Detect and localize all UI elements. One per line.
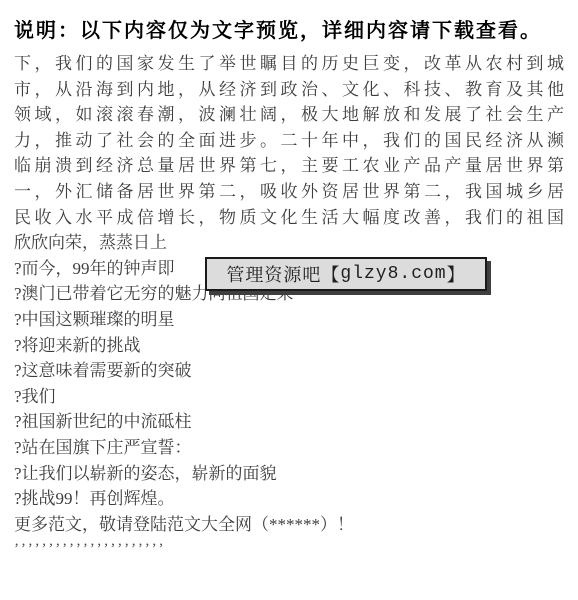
watermark-bracket-open: 【 [321,261,340,287]
text-line: 临崩溃到经济总量居世界第七，主要工农业产品产量居世界第 [14,153,564,179]
watermark-bracket-close: 】 [447,261,466,287]
text-line: 下，我们的国家发生了举世瞩目的历史巨变，改革从农村到城 [14,51,564,77]
text-line: ?中国这颗璀璨的明星 [14,307,564,333]
watermark-badge: 管理资源吧【glzy8.com】 [205,257,487,291]
preview-notice: 说明：以下内容仅为文字预览，详细内容请下载查看。 [14,14,564,43]
text-line: 一，外汇储备居世界第二，吸收外资居世界第二，我国城乡居 [14,179,564,205]
text-line: ’’’’’’’’’’’’’’’’’’’’’’ [14,537,564,563]
watermark-site-name: 管理资源吧 [226,261,321,287]
text-line: 市，从沿海到内地，从经济到政治、文化、科技、教育及其他 [14,77,564,103]
body-text: 下，我们的国家发生了举世瞩目的历史巨变，改革从农村到城市，从沿海到内地，从经济到… [14,51,564,563]
text-line: 民收入水平成倍增长，物质文化生活大幅度改善，我们的祖国 [14,205,564,231]
document-preview-page: 说明：以下内容仅为文字预览，详细内容请下载查看。 下，我们的国家发生了举世瞩目的… [0,0,578,600]
text-line: 欣欣向荣，蒸蒸日上 [14,230,564,256]
watermark-domain: glzy8.com [340,264,446,284]
text-line: ?挑战99！再创辉煌。 [14,486,564,512]
text-line: 力，推动了社会的全面进步。二十年中，我们的国民经济从濒 [14,128,564,154]
text-line: 更多范文，敬请登陆范文大全网（******）！ [14,512,564,538]
text-line: ?站在国旗下庄严宣誓： [14,435,564,461]
text-line: ?让我们以崭新的姿态，崭新的面貌 [14,461,564,487]
text-line: ?将迎来新的挑战 [14,333,564,359]
text-line: ?祖国新世纪的中流砥柱 [14,409,564,435]
text-line: ?这意味着需要新的突破 [14,358,564,384]
text-line: ?我们 [14,384,564,410]
text-line: 领域，如滚滚春潮，波澜壮阔，极大地解放和发展了社会生产 [14,102,564,128]
